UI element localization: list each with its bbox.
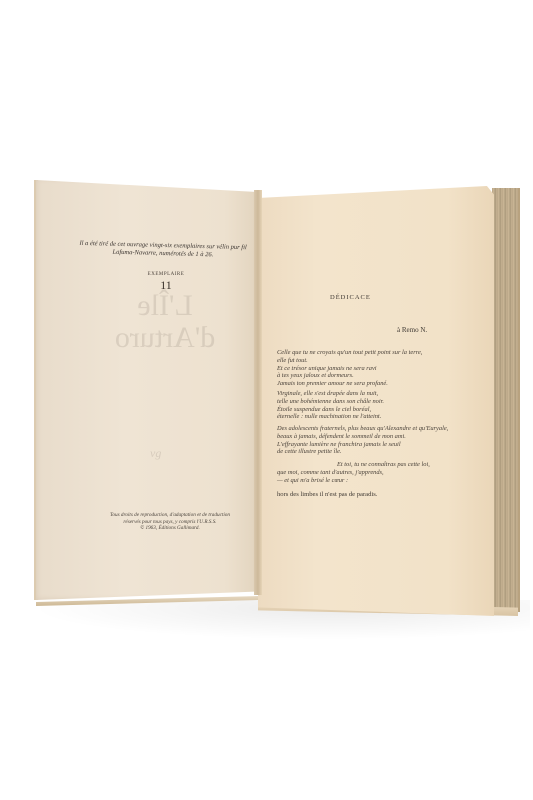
closing-line: hors des limbes il n'est pas de paradis. [277,491,377,498]
show-through-initials: vg [150,446,161,461]
rights-line: Tous droits de reproduction, d'adaptatio… [90,512,250,519]
poem-line: Jamais ton premier amour ne sera profané… [277,380,422,388]
poem-line: à tes yeux jaloux et dormeurs. [277,372,422,380]
show-through-title: L'Île d'Arturo [110,290,220,354]
poem-stanza: Des adolescents fraternels, plus beaux q… [277,425,448,456]
poem-line: Celle que tu ne croyais qu'un tout petit… [277,349,422,357]
poem-line: elle fut tout. [277,357,422,365]
dedication-title: DÉDICACE [330,294,371,301]
poem-line: de cette illustre petite île. [277,448,448,456]
dedicatee: à Remo N. [397,326,427,334]
poem-line: Étoile suspendue dans le ciel boréal, [277,406,384,414]
poem-line: — et qui m'a brisé le cœur : [277,477,430,485]
poem-line: Et ce trésor unique jamais ne sera ravi [277,365,422,373]
poem-line: Virginale, elle s'est drapée dans la nui… [277,390,384,398]
poem-stanza: Et toi, tu ne connaîtras pas cette loi, … [277,461,430,484]
poem-line: beaux à jamais, défendent le sommeil de … [277,433,448,441]
poem-line: Et toi, tu ne connaîtras pas cette loi, [277,461,430,469]
rights-line: © 1963, Éditions Gallimard. [90,525,250,532]
poem-line: éternelle : nulle machination ne l'attei… [277,413,384,421]
poem-line: que moi, comme tant d'autres, j'apprends… [277,469,430,477]
rights-notice: Tous droits de reproduction, d'adaptatio… [90,512,250,532]
poem-line: L'effrayante lumière ne franchira jamais… [277,441,448,449]
book-gutter [254,190,262,595]
poem-line: telle une bohémienne dans son châle noir… [277,398,384,406]
exemplaire-label: EXEMPLAIRE [146,272,186,277]
poem-stanza: Virginale, elle s'est drapée dans la nui… [277,390,384,421]
poem-line: Des adolescents fraternels, plus beaux q… [277,425,448,433]
page-stack-edge [492,188,520,612]
poem-stanza: Celle que tu ne croyais qu'un tout petit… [277,349,422,388]
